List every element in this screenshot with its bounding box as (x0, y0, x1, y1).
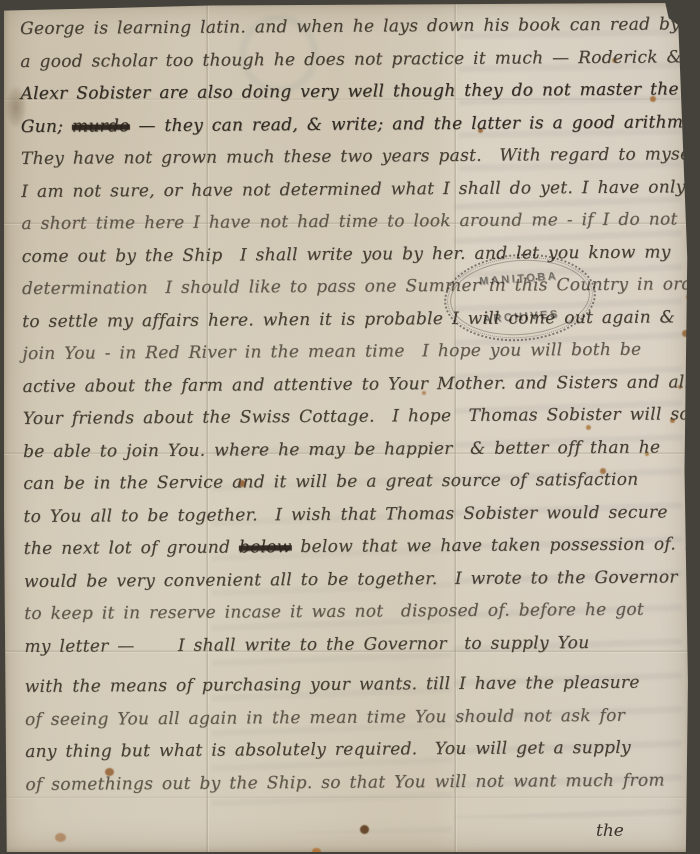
letter-text-segment: determination I should like to pass one … (22, 274, 700, 299)
letter-text-segment: a good scholar too though he does not pr… (20, 47, 682, 72)
letter-text-segment: the next lot of ground (24, 537, 239, 559)
letter-line: George is learning latin. and when he la… (20, 8, 684, 45)
letter-text-segment: would be very convenient all to be toget… (24, 567, 678, 592)
stain-spot (686, 295, 690, 299)
letter-text-segment: any thing but what is absolutely require… (25, 738, 631, 762)
letter-text-segment: with the means of purchasing your wants.… (25, 673, 640, 697)
letter-text-segment: of seeing You all again in the mean time… (25, 705, 625, 729)
letter-body: George is learning latin. and when he la… (20, 8, 689, 801)
letter-line: of somethings out by the Ship. so that Y… (25, 764, 689, 801)
letter-line: with the means of purchasing your wants.… (25, 666, 689, 703)
letter-text-segment: active about the farm and attentive to Y… (23, 372, 691, 397)
stain-spot (55, 833, 66, 842)
scanned-letter: George is learning latin. and when he la… (0, 0, 700, 854)
letter-line: to keep it in reserve incase it was not … (24, 593, 688, 630)
letter-line: a short time here I have not had time to… (21, 203, 685, 240)
letter-line: to You all to be together. I wish that T… (23, 496, 687, 533)
letter-line: Alexr Sobister are also doing very well … (20, 73, 684, 110)
letter-line: my letter — I shall write to the Governo… (24, 626, 688, 663)
letter-text-segment: of somethings out by the Ship. so that Y… (25, 770, 665, 794)
letter-text-segment: — they can read, & write; and the latter… (130, 111, 700, 135)
catchword: the (596, 821, 624, 841)
archives-stamp: MANITOBA ARCHIVES (441, 249, 599, 346)
letter-text-segment: join You - in Red River in the mean time… (22, 340, 641, 364)
letter-line: Your friends about the Swiss Cottage. I … (23, 398, 687, 435)
letter-line: of seeing You all again in the mean time… (25, 699, 689, 736)
letter-text-segment: below that we have taken possession of. … (292, 534, 698, 557)
letter-line: a good scholar too though he does not pr… (20, 41, 684, 78)
letter-line: would be very convenient all to be toget… (24, 561, 688, 598)
letter-text-segment: to You all to be together. I wish that T… (23, 502, 667, 526)
letter-text-segment: They have not grown much these two years… (21, 144, 700, 169)
letter-line: join You - in Red River in the mean time… (22, 333, 686, 370)
letter-text-segment: be able to join You. where he may be hap… (23, 437, 660, 461)
letter-line: can be in the Service and it will be a g… (23, 463, 687, 500)
letter-line: any thing but what is absolutely require… (25, 731, 689, 768)
letter-text-segment: can be in the Service and it will be a g… (23, 470, 638, 494)
letter-line: active about the farm and attentive to Y… (22, 366, 686, 403)
letter-text-segment: George is learning latin. and when he la… (20, 14, 680, 39)
letter-line: They have not grown much these two years… (21, 138, 685, 175)
struck-out-word: below (239, 537, 292, 557)
letter-line: I am not sure, or have not determined wh… (21, 171, 685, 208)
letter-text-segment: a short time here I have not had time to… (21, 209, 677, 234)
struck-out-word: murdo (72, 116, 130, 136)
letter-line: Gun; murdo — they can read, & write; and… (21, 106, 685, 143)
letter-text-segment: Alexr Sobister are also doing very well … (20, 79, 678, 104)
letter-text-segment: Gun; (21, 116, 72, 136)
letter-text-segment: to keep it in reserve incase it was not … (24, 600, 644, 624)
letter-line: be able to join You. where he may be hap… (23, 431, 687, 468)
letter-page: George is learning latin. and when he la… (4, 3, 690, 852)
letter-text-segment: my letter — I shall write to the Governo… (24, 633, 589, 657)
stain-spot (312, 848, 321, 854)
letter-text-segment: I am not sure, or have not determined wh… (21, 176, 700, 201)
letter-line: the next lot of ground below below that … (24, 528, 688, 565)
stain-spot (360, 825, 369, 834)
letter-text-segment: Your friends about the Swiss Cottage. I … (23, 404, 700, 429)
